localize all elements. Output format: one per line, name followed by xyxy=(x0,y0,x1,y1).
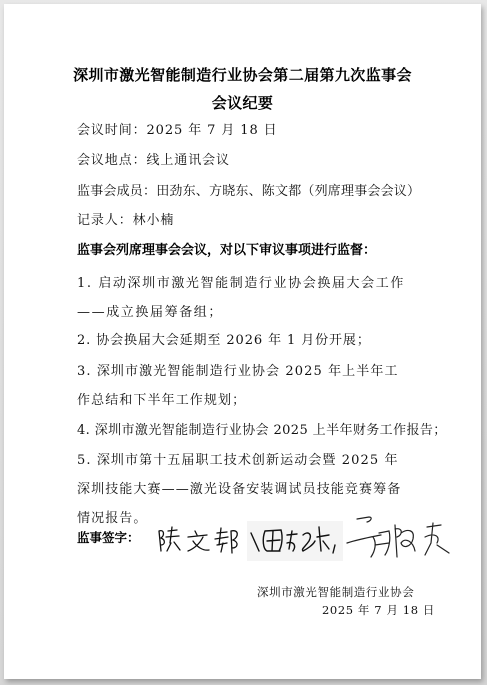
meeting-place: 会议地点：线上通讯会议 xyxy=(77,146,412,175)
signature-tian-jindong xyxy=(247,521,343,561)
agenda-item-4: 4. 深圳市激光智能制造行业协会 2025 上半年财务工作报告； xyxy=(77,416,412,445)
document-title: 深圳市激光智能制造行业协会第二届第九次监事会 xyxy=(4,64,481,85)
agenda-item-3: 3. 深圳市激光智能制造行业协会 2025 年上半年工作总结和下半年工作规划； xyxy=(77,357,412,415)
signature-fang-xiaodong xyxy=(345,513,457,565)
agenda-item-2: 2. 协会换届大会延期至 2026 年 1 月份开展； xyxy=(77,326,412,355)
document-page: 深圳市激光智能制造行业协会第二届第九次监事会 会议纪要 会议时间：2025 年 … xyxy=(4,4,481,679)
signature-chen-wendu xyxy=(155,523,243,559)
document-viewer: 深圳市激光智能制造行业协会第二届第九次监事会 会议纪要 会议时间：2025 年 … xyxy=(0,0,487,685)
footer-organization: 深圳市激光智能制造行业协会 xyxy=(257,584,414,600)
recorder: 记录人：林小楠 xyxy=(77,206,412,235)
meeting-time: 会议时间：2025 年 7 月 18 日 xyxy=(77,116,412,145)
supervisory-members: 监事会成员：田劲东、方晓东、陈文都（列席理事会会议） xyxy=(77,177,412,206)
footer-date: 2025 年 7 月 18 日 xyxy=(322,602,435,618)
agenda-item-1: 1. 启动深圳市激光智能制造行业协会换届大会工作——成立换届筹备组； xyxy=(77,269,412,327)
signature-row: 监事签字： xyxy=(77,519,477,567)
supervision-heading: 监事会列席理事会会议，对以下审议事项进行监督： xyxy=(77,236,412,265)
document-subtitle: 会议纪要 xyxy=(4,92,481,113)
signature-label: 监事签字： xyxy=(77,528,140,546)
